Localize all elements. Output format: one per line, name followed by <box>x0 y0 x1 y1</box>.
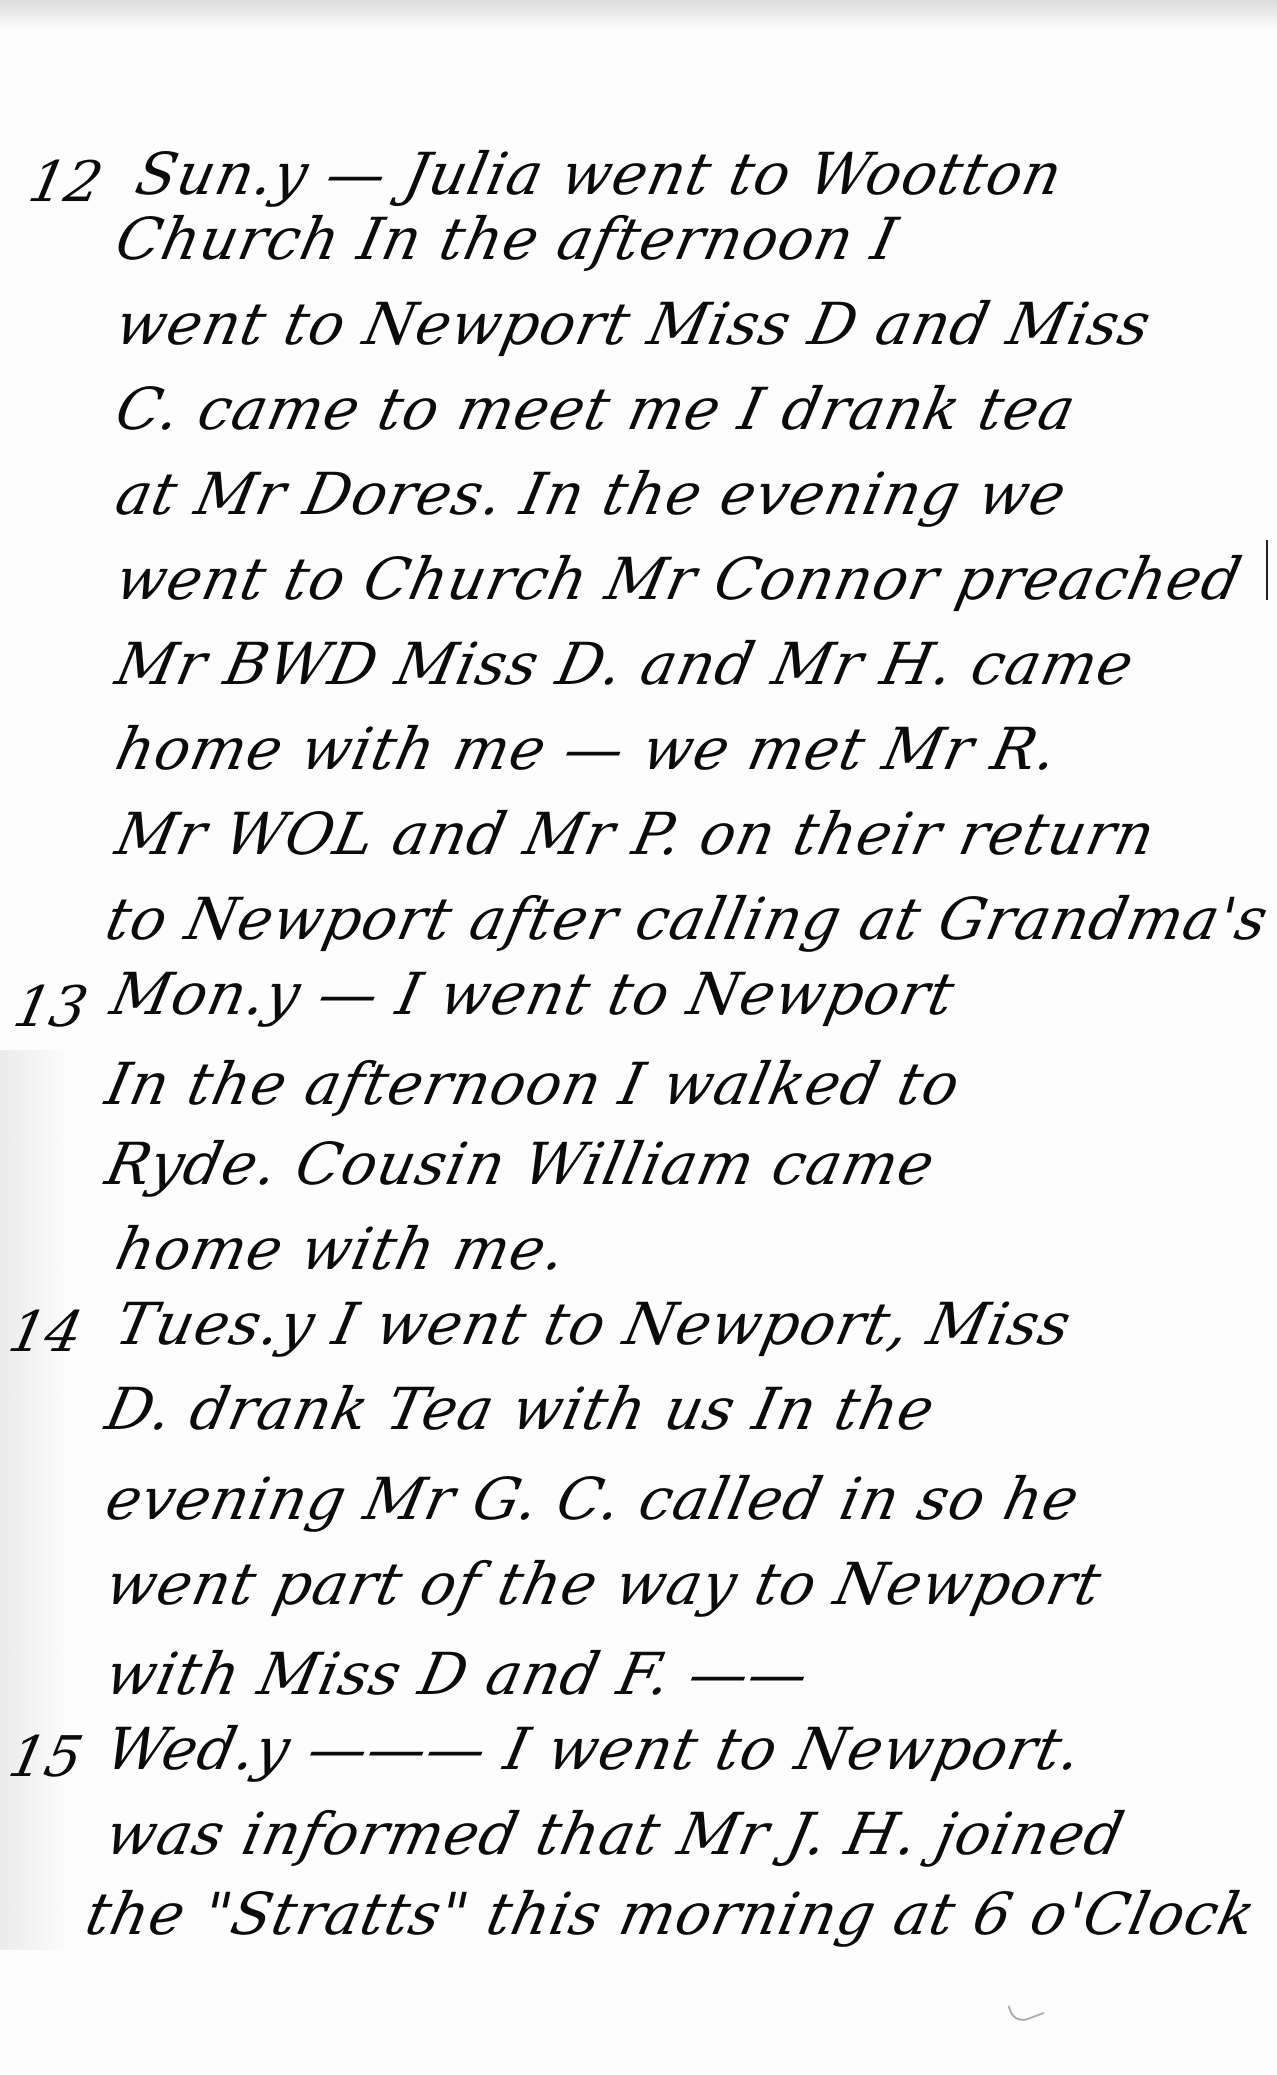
entry-15-line-2: was informed that Mr J. H. joined <box>100 1800 1131 1868</box>
entry-12-line-3: went to Newport Miss D and Miss <box>110 290 1157 358</box>
entry-13-line-1: Mon.y — I went to Newport <box>105 960 961 1028</box>
entry-date-12: 12 <box>23 150 108 215</box>
entry-14-line-4: went part of the way to Newport <box>100 1550 1108 1618</box>
entry-date-15: 15 <box>3 1725 88 1790</box>
entry-14-line-2: D. drank Tea with us In the <box>100 1375 941 1443</box>
entry-13-line-3: Ryde. Cousin William came <box>100 1130 941 1198</box>
entry-13-line-2: In the afternoon I walked to <box>100 1050 966 1118</box>
entry-15-line-1: Wed.y ——— I went to Newport. <box>100 1715 1088 1783</box>
entry-date-13: 13 <box>8 975 93 1040</box>
entry-13-line-4: home with me. <box>110 1215 573 1283</box>
entry-12-line-9: Mr WOL and Mr P. on their return <box>110 800 1162 868</box>
entry-12-line-6: went to Church Mr Connor preached <box>110 545 1248 613</box>
entry-12-line-7: Mr BWD Miss D. and Mr H. came <box>110 630 1140 698</box>
scan-shadow-left <box>0 1050 70 1950</box>
entry-date-14: 14 <box>3 1300 88 1365</box>
entry-14-line-5: with Miss D and F. —— <box>100 1640 815 1708</box>
entry-12-line-8: home with me — we met Mr R. <box>110 715 1064 783</box>
entry-15-line-3: the "Stratts" this morning at 6 o'Clock <box>80 1880 1262 1948</box>
entry-14-line-1: Tues.y I went to Newport, Miss <box>110 1290 1077 1358</box>
page-edge-mark <box>1266 540 1268 600</box>
ink-mark <box>1008 1995 1045 2025</box>
entry-12-line-4: C. came to meet me I drank tea <box>110 375 1082 443</box>
entry-12-line-5: at Mr Dores. In the evening we <box>110 460 1073 528</box>
scan-shadow-top <box>0 0 1277 30</box>
entry-12-line-1: Sun.y — Julia went to Wootton <box>130 140 1069 208</box>
diary-page: 12 Sun.y — Julia went to Wootton Church … <box>0 0 1277 2075</box>
entry-12-line-10: to Newport after calling at Grandma's <box>100 885 1275 953</box>
entry-12-line-2: Church In the afternoon I <box>110 205 904 273</box>
entry-14-line-3: evening Mr G. C. called in so he <box>100 1465 1086 1533</box>
